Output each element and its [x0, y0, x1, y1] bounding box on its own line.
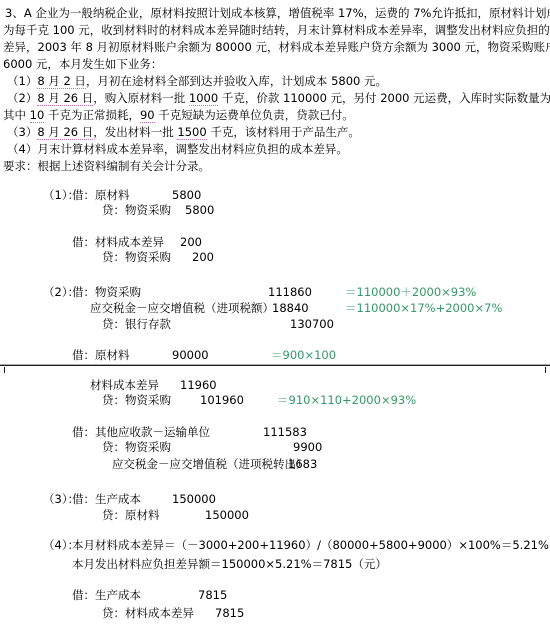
underlined-date: 8 月 2 日 [37, 74, 86, 89]
underlined-number: 1000 [189, 91, 218, 106]
entry-amount: 5800 [172, 188, 201, 203]
journal-entry-line: 贷：物资采购 200 [0, 250, 550, 265]
calculation-text: 本月发出材料应负担差异额＝150000×5.21%＝7815（元） [72, 557, 387, 572]
entry-amount: 5800 [185, 203, 214, 218]
problem-text-line: （2）8 月 26 日，购入原材料一批 1000 千克，价款 110000 元，… [7, 90, 550, 107]
entry-label: 借：生产成本 [72, 588, 141, 603]
entry-label: 借：材料成本差异 [72, 235, 164, 250]
journal-entry-line: 贷：物资采购 9900 [0, 440, 550, 455]
entry-amount: 11960 [180, 378, 217, 393]
journal-entry-line: （3）： 借：生产成本 150000 [0, 492, 550, 507]
entry-amount: 200 [180, 235, 202, 250]
entry-amount: 111860 [268, 285, 312, 300]
entry-amount: 90000 [172, 348, 209, 363]
entry-label: 借：物资采购 [72, 285, 141, 300]
entry-label: 借：生产成本 [72, 492, 141, 507]
journal-entry-line: 贷：银行存款 130700 [0, 317, 550, 332]
journal-entry-line: 借：其他应收款－运输单位 111583 [0, 425, 550, 440]
formula-annotation: ＝110000＋2000×93% [345, 285, 476, 300]
formula-annotation: ＝110000×17%+2000×7% [345, 301, 502, 316]
underlined-number: 90 [140, 108, 155, 123]
problem-text-line: 其中 10 千克为正常损耗，90 千克短缺为运费单位负责，贷款已付。 [3, 107, 354, 124]
journal-entry-line: 借：材料成本差异 200 [0, 235, 550, 250]
text-segment: （1） [7, 74, 37, 88]
underlined-date: 8 月 26 日 [37, 125, 93, 140]
text-segment: 其中 [3, 108, 30, 122]
underlined-date: 8 月 26 日 [37, 91, 93, 106]
entry-label: 借：原材料 [72, 188, 130, 203]
entry-label: 借：其他应收款－运输单位 [72, 425, 210, 440]
journal-entry-line: 应交税金－应交增值税（进项税额） 18840 ＝110000×17%+2000×… [0, 301, 550, 316]
entry-label: 贷：银行存款 [102, 317, 171, 332]
entry-amount: 7815 [215, 606, 244, 621]
journal-entry-line: 材料成本差异 11960 [0, 378, 550, 393]
entry-amount: 150000 [172, 492, 216, 507]
text-segment: （3） [7, 125, 37, 139]
entry-label: 贷：物资采购 [102, 393, 171, 408]
underlined-number: 10 [30, 108, 45, 123]
entry-amount: 7815 [198, 588, 227, 603]
entry-amount: 18840 [272, 301, 309, 316]
entry-label: 贷：原材料 [102, 508, 160, 523]
text-segment: （2） [7, 91, 37, 105]
entry-amount: 111583 [263, 425, 307, 440]
problem-text-line: 6000 元，本月发生如下业务： [3, 56, 162, 73]
journal-entry-line: （2）： 借：物资采购 111860 ＝110000＋2000×93% [0, 285, 550, 300]
entry-amount: 130700 [290, 317, 334, 332]
entry-label: 贷：物资采购 [102, 440, 171, 455]
entry-label: 应交税金－应交增值税（进项税转出） [112, 457, 308, 472]
entry-amount: 1683 [288, 457, 317, 472]
journal-entry-line: 贷：物资采购 101960 ＝910×110+2000×93% [0, 393, 550, 408]
text-segment: ，发出材料一批 [93, 125, 177, 139]
problem-requirement-line: 要求：根据上述资料编制有关会计分录。 [3, 158, 210, 175]
formula-annotation: ＝900×100 [271, 348, 336, 363]
document-page: 3、A 企业为一般纳税企业，原材料按照计划成本核算，增值税率 17%，运费的 7… [0, 0, 550, 626]
journal-entry-line: 贷：物资采购 5800 [0, 203, 550, 218]
text-segment: 千克为正常损耗， [44, 108, 140, 122]
journal-entry-line: 贷：材料成本差异 7815 [0, 606, 550, 621]
journal-entry-line: 借：原材料 90000 ＝900×100 [0, 348, 550, 363]
entry-label: 贷：物资采购 [102, 203, 171, 218]
calculation-line: （4）： 本月材料成本差异＝（－3000+200+11960）/（80000+5… [0, 538, 550, 553]
problem-text-line: （4）月末计算材料成本差异率，调整发出材料应负担的成本差异。 [7, 141, 348, 158]
underlined-number: 1500 [177, 125, 206, 140]
page-margin-tick [4, 367, 5, 373]
problem-text-line: 差异，2003 年 8 月初原材料账户余额为 80000 元，材料成本差异账户贷… [3, 39, 550, 56]
entry-amount: 101960 [200, 393, 244, 408]
entry-label: 材料成本差异 [90, 378, 159, 393]
calculation-text: 本月材料成本差异＝（－3000+200+11960）/（80000+5800+9… [72, 538, 549, 553]
calculation-line: 本月发出材料应负担差异额＝150000×5.21%＝7815（元） [0, 557, 550, 572]
entry-amount: 200 [192, 250, 214, 265]
page-margin-tick [545, 367, 546, 373]
entry-amount: 150000 [205, 508, 249, 523]
journal-entry-line: （1）： 借：原材料 5800 [0, 188, 550, 203]
entry-label: 贷：物资采购 [102, 250, 171, 265]
entry-amount: 9900 [293, 440, 322, 455]
text-segment: 千克短缺为运费单位负责，贷款已付。 [155, 108, 354, 122]
journal-entry-line: 借：生产成本 7815 [0, 588, 550, 603]
entry-label: 应交税金－应交增值税（进项税额） [90, 301, 274, 316]
text-segment: 千克，价款 110000 元，另付 2000 元运费，入库时实际数量为 [218, 91, 550, 105]
problem-text-line: （1）8 月 2 日，月初在途材料全部到达并验收入库，计划成本 5800 元。 [7, 73, 387, 90]
text-segment: ，月初在途材料全部到达并验收入库，计划成本 5800 元。 [86, 74, 387, 88]
text-segment: 千克，该材料用于产品生产。 [207, 125, 360, 139]
page-break-line [0, 364, 550, 366]
problem-text-line: 3、A 企业为一般纳税企业，原材料按照计划成本核算，增值税率 17%，运费的 7… [5, 5, 550, 22]
entry-label: 借：原材料 [72, 348, 130, 363]
formula-annotation: ＝910×110+2000×93% [277, 393, 416, 408]
problem-text-line: （3）8 月 26 日，发出材料一批 1500 千克，该材料用于产品生产。 [7, 124, 360, 141]
text-segment: ，购入原材料一批 [93, 91, 189, 105]
problem-text-line: 为每千克 100 元，收到材料时的材料成本差异随时结转，月末计算材料成本差异率，… [3, 22, 550, 39]
journal-entry-line: 应交税金－应交增值税（进项税转出） 1683 [0, 457, 550, 472]
journal-entry-line: 贷：原材料 150000 [0, 508, 550, 523]
entry-label: 贷：材料成本差异 [102, 606, 194, 621]
